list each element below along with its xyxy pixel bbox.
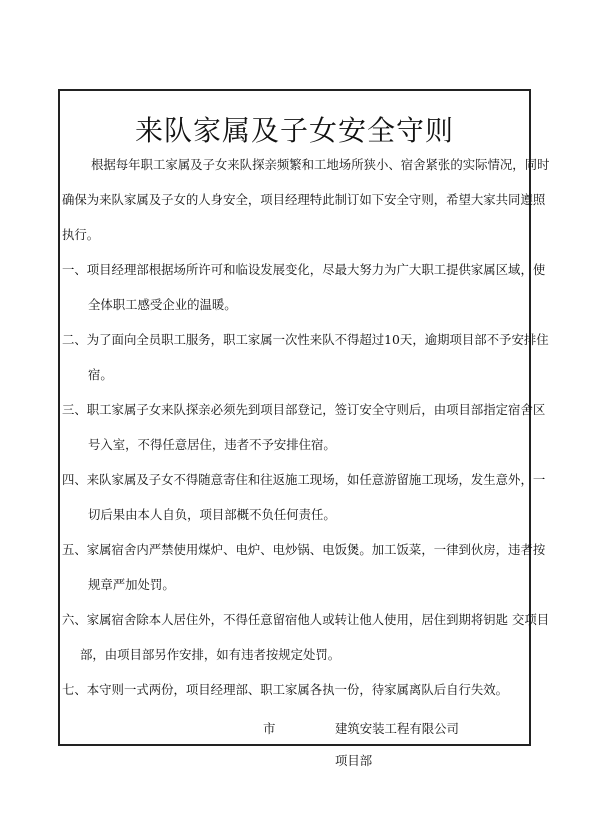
rule-2-line-2: 宿。 [88, 367, 113, 383]
rule-5-line-1: 五、家属宿舍内严禁使用煤炉、电炉、电炒锅、电饭煲。加工饭菜，一律到伙房，违者按 [62, 542, 545, 558]
rule-6-line-1: 六、家属宿舍除本人居住外，不得任意留宿他人或转让他人使用，居住到期将钥匙 交项目 [62, 612, 549, 628]
rule-5-line-2: 规章严加处罚。 [88, 577, 175, 593]
intro-line-3: 执行。 [62, 227, 99, 243]
rule-1-line-1: 一、项目经理部根据场所许可和临设发展变化，尽最大努力为广大职工提供家属区域，使 [62, 262, 545, 278]
rule-7-line-1: 七、本守则一式两份，项目经理部、职工家属各执一份，待家属离队后自行失效。 [62, 682, 508, 698]
signature-city: 市 [263, 719, 275, 737]
rule-6-line-2: 部，由项目部另作安排，如有违者按规定处罚。 [80, 647, 340, 663]
intro-line-2: 确保为来队家属及子女的人身安全，项目经理特此制订如下安全守则，希望大家共同遵照 [62, 192, 545, 208]
rule-1-line-2: 全体职工感受企业的温暖。 [88, 297, 237, 313]
intro-line-1: 根据每年职工家属及子女来队探亲频繁和工地场所狭小、宿舍紧张的实际情况，同时 [91, 157, 549, 173]
document-title: 来队家属及子女安全守则 [60, 109, 529, 149]
rule-4-line-1: 四、来队家属及子女不得随意寄住和往返施工现场，如任意游留施工现场，发生意外，一 [62, 472, 545, 488]
rule-2-line-1: 二、为了面向全员职工服务，职工家属一次性来队不得超过10天，逾期项目部不予安排住 [62, 332, 549, 348]
signature-department: 项目部 [335, 751, 372, 769]
document-frame: 来队家属及子女安全守则 根据每年职工家属及子女来队探亲频繁和工地场所狭小、宿舍紧… [58, 89, 531, 746]
rule-4-line-2: 切后果由本人自负，项目部概不负任何责任。 [88, 507, 336, 523]
rule-3-line-2: 号入室，不得任意居住，违者不予安排住宿。 [88, 437, 336, 453]
rule-3-line-1: 三、职工家属子女来队探亲必须先到项目部登记，签订安全守则后，由项目部指定宿舍区 [62, 402, 545, 418]
signature-company: 建筑安装工程有限公司 [335, 719, 459, 737]
